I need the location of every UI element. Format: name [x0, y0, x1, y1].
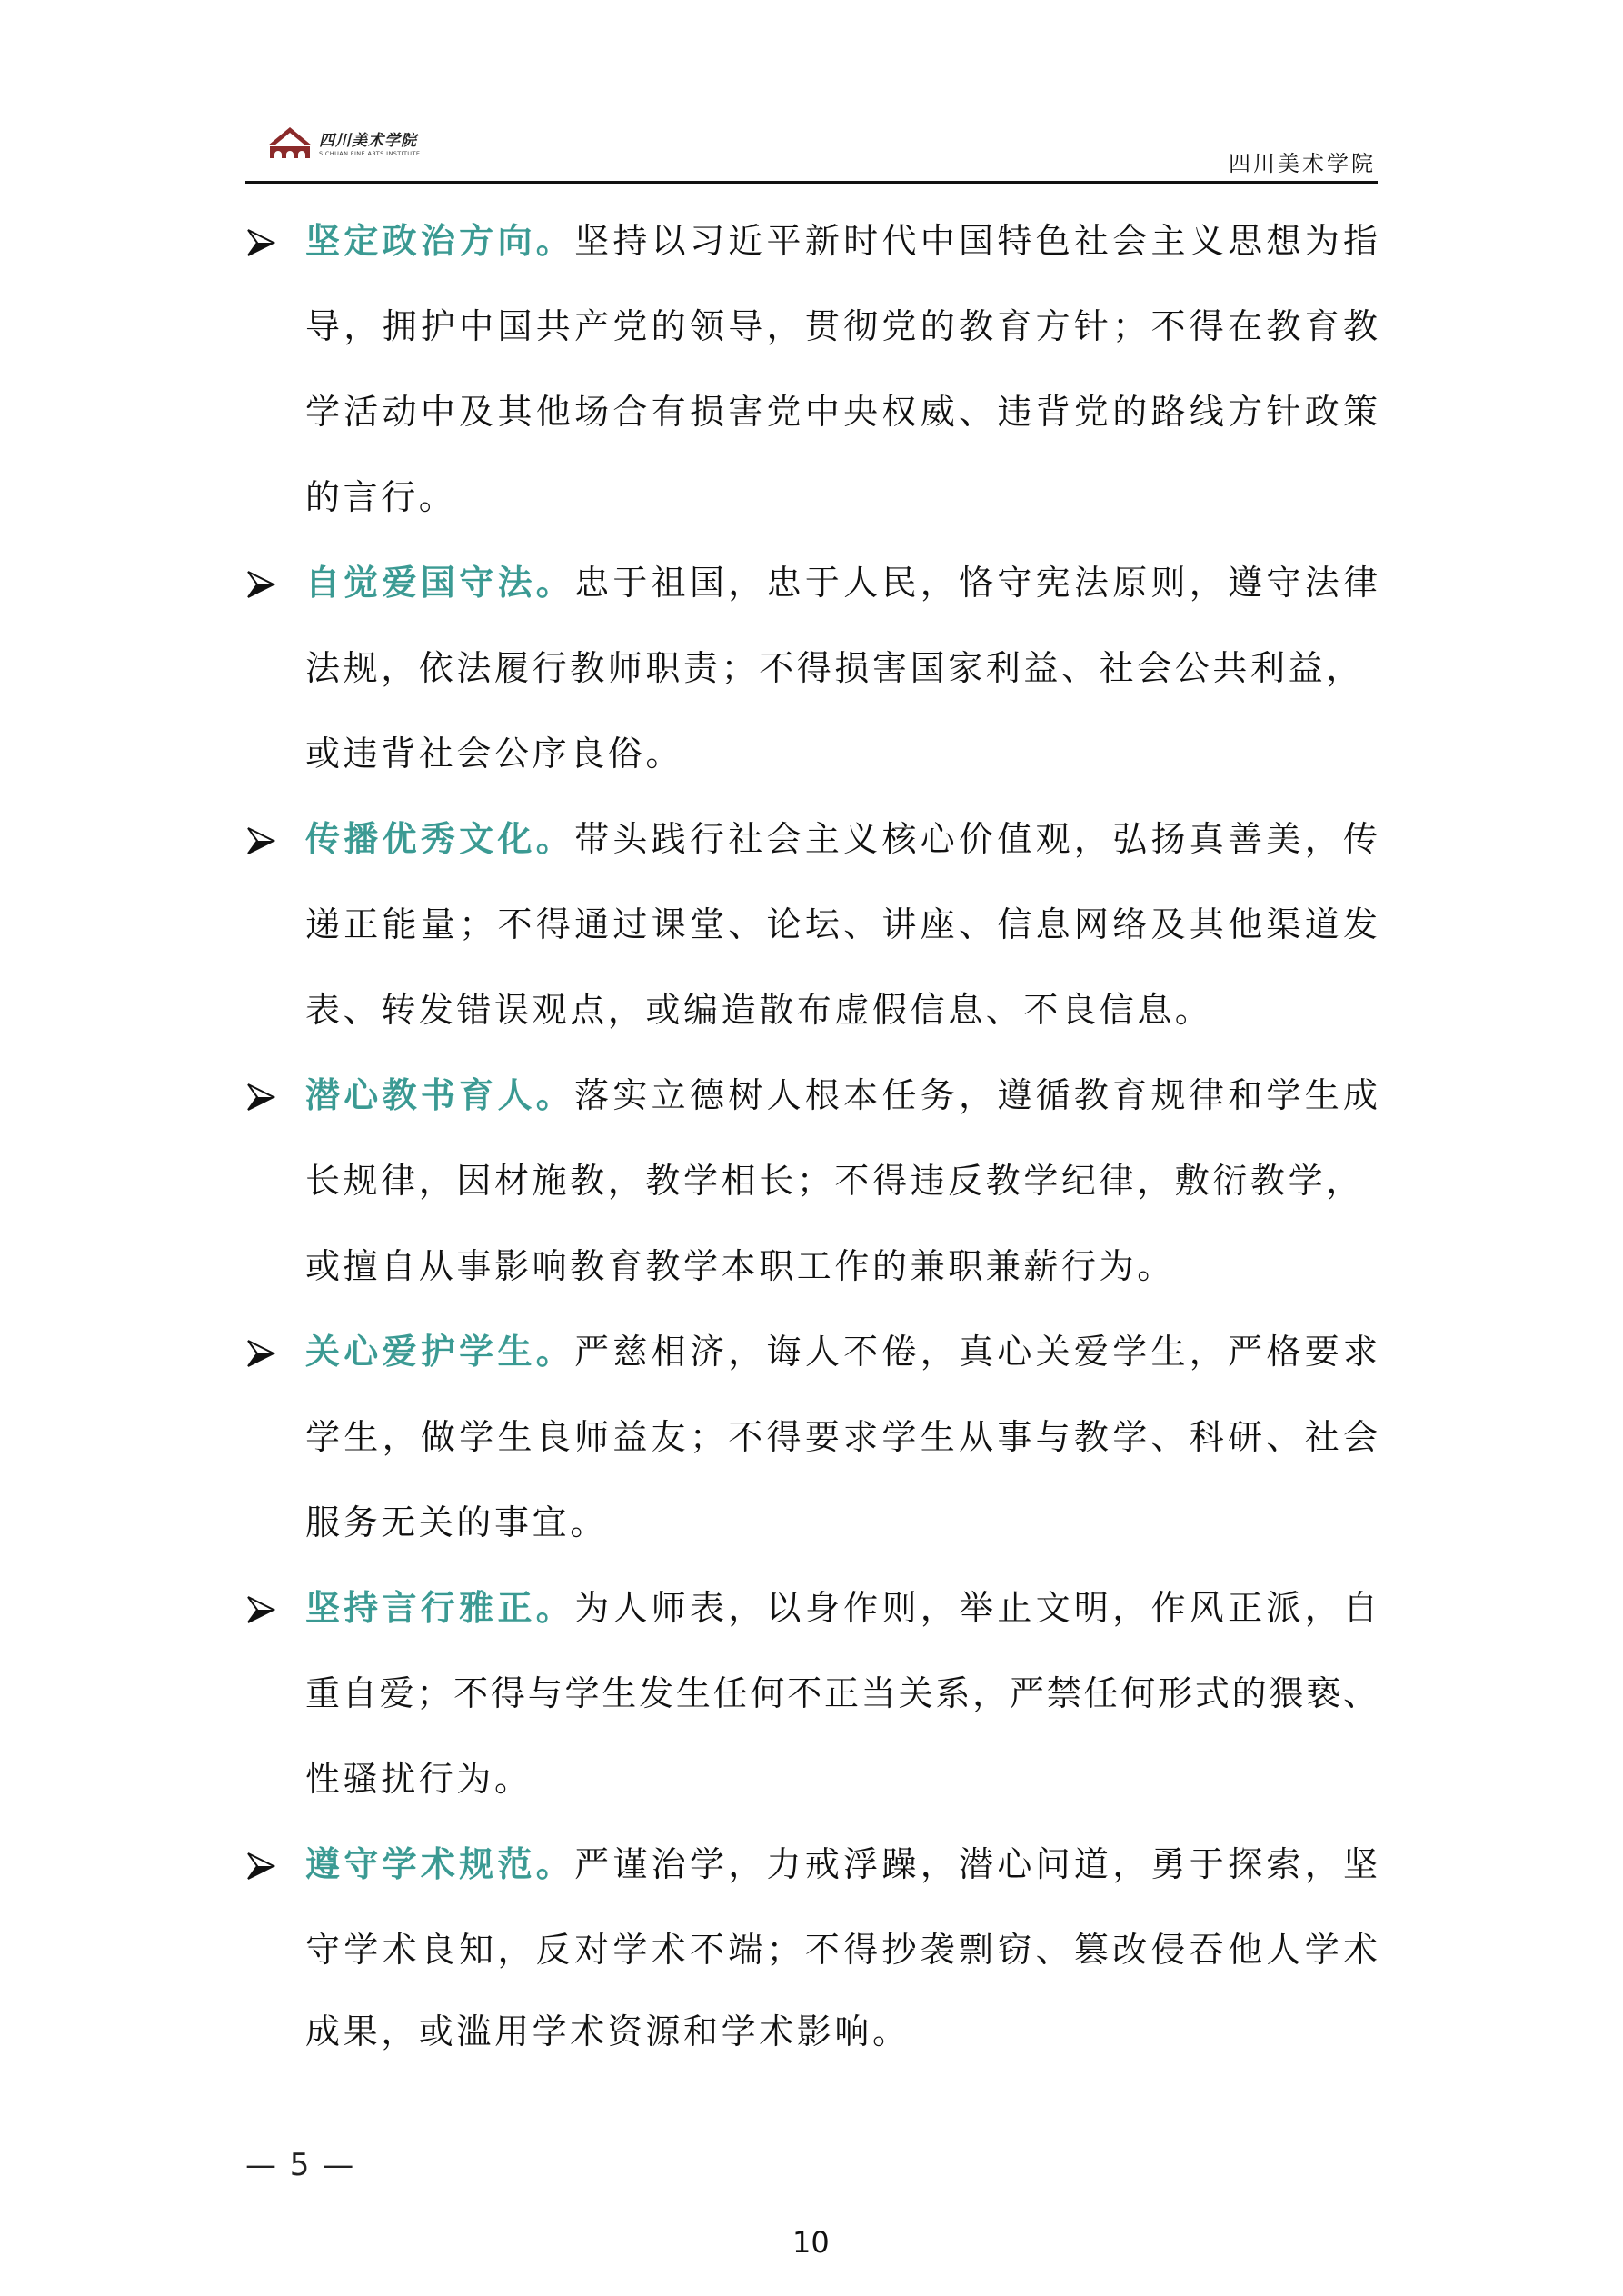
list-item: 关心爱护学生。严慈相济，诲人不倦，真心关爱学生，严格要求 [305, 1324, 1378, 1379]
arrowhead-bullet-icon [246, 1594, 275, 1623]
sheet-number: 10 [792, 2225, 830, 2260]
item-line: 重自爱；不得与学生发生任何不正当关系，严禁任何形式的猥亵、 [305, 1666, 1378, 1721]
item-heading: 潜心教书育人。 [305, 1075, 574, 1115]
item-line: 表、转发错误观点，或编造散布虚假信息、不良信息。 [305, 983, 1212, 1037]
item-heading: 坚定政治方向。 [305, 221, 574, 261]
item-line: 成果，或滥用学术资源和学术影响。 [305, 2004, 911, 2059]
item-heading: 坚持言行雅正。 [305, 1588, 574, 1628]
logo-english-name: SICHUAN FINE ARTS INSTITUTE [319, 150, 420, 157]
item-line: 守学术良知，反对学术不端；不得抄袭剽窃、篡改侵吞他人学术 [305, 1922, 1378, 1977]
list-item: 坚持言行雅正。为人师表，以身作则，举止文明，作风正派，自 [305, 1581, 1378, 1635]
list-item: 潜心教书育人。落实立德树人根本任务，遵循教育规律和学生成 [305, 1068, 1378, 1123]
item-line: 或违背社会公序良俗。 [305, 726, 683, 781]
arch-roof-logo-icon [266, 127, 314, 158]
arrowhead-bullet-icon [246, 227, 275, 256]
item-line: 服务无关的事宜。 [305, 1495, 608, 1550]
item-line: 学活动中及其他场合有损害党中央权威、违背党的路线方针政策 [305, 384, 1378, 439]
header-rule [245, 181, 1378, 184]
item-heading: 自觉爱国守法。 [305, 563, 574, 603]
list-item: 自觉爱国守法。忠于祖国，忠于人民，恪守宪法原则，遵守法律 [305, 555, 1378, 610]
item-line: 法规，依法履行教师职责；不得损害国家利益、社会公共利益， [305, 641, 1364, 695]
logo-chinese-name: 四川美术学院 [319, 127, 417, 150]
list-item: 坚定政治方向。坚持以习近平新时代中国特色社会主义思想为指 [305, 214, 1378, 268]
item-line: 递正能量；不得通过课堂、论坛、讲座、信息网络及其他渠道发 [305, 897, 1378, 952]
item-line: 的言行。 [305, 470, 456, 524]
item-line: 或擅自从事影响教育教学本职工作的兼职兼薪行为。 [305, 1239, 1175, 1293]
item-line: 长规律，因材施教，教学相长；不得违反教学纪律，敷衍教学， [305, 1153, 1364, 1208]
arrowhead-bullet-icon [246, 1338, 275, 1367]
arrowhead-bullet-icon [246, 1082, 275, 1111]
item-line: 导，拥护中国共产党的领导，贯彻党的教育方针；不得在教育教 [305, 299, 1378, 354]
item-heading: 关心爱护学生。 [305, 1332, 574, 1372]
item-heading: 传播优秀文化。 [305, 819, 574, 859]
page-number: — 5 — [245, 2147, 355, 2183]
item-heading: 遵守学术规范。 [305, 1844, 574, 1884]
arrowhead-bullet-icon [246, 825, 275, 854]
arrowhead-bullet-icon [246, 1851, 275, 1880]
arrowhead-bullet-icon [246, 569, 275, 598]
list-item: 传播优秀文化。带头践行社会主义核心价值观，弘扬真善美，传 [305, 812, 1378, 866]
institute-logo: 四川美术学院 SICHUAN FINE ARTS INSTITUTE [266, 124, 430, 164]
header-title: 四川美术学院 [1229, 145, 1376, 177]
item-line: 学生，做学生良师益友；不得要求学生从事与教学、科研、社会 [305, 1410, 1378, 1464]
item-line: 性骚扰行为。 [305, 1752, 533, 1806]
list-item: 遵守学术规范。严谨治学，力戒浮躁，潜心问道，勇于探索，坚 [305, 1837, 1378, 1892]
